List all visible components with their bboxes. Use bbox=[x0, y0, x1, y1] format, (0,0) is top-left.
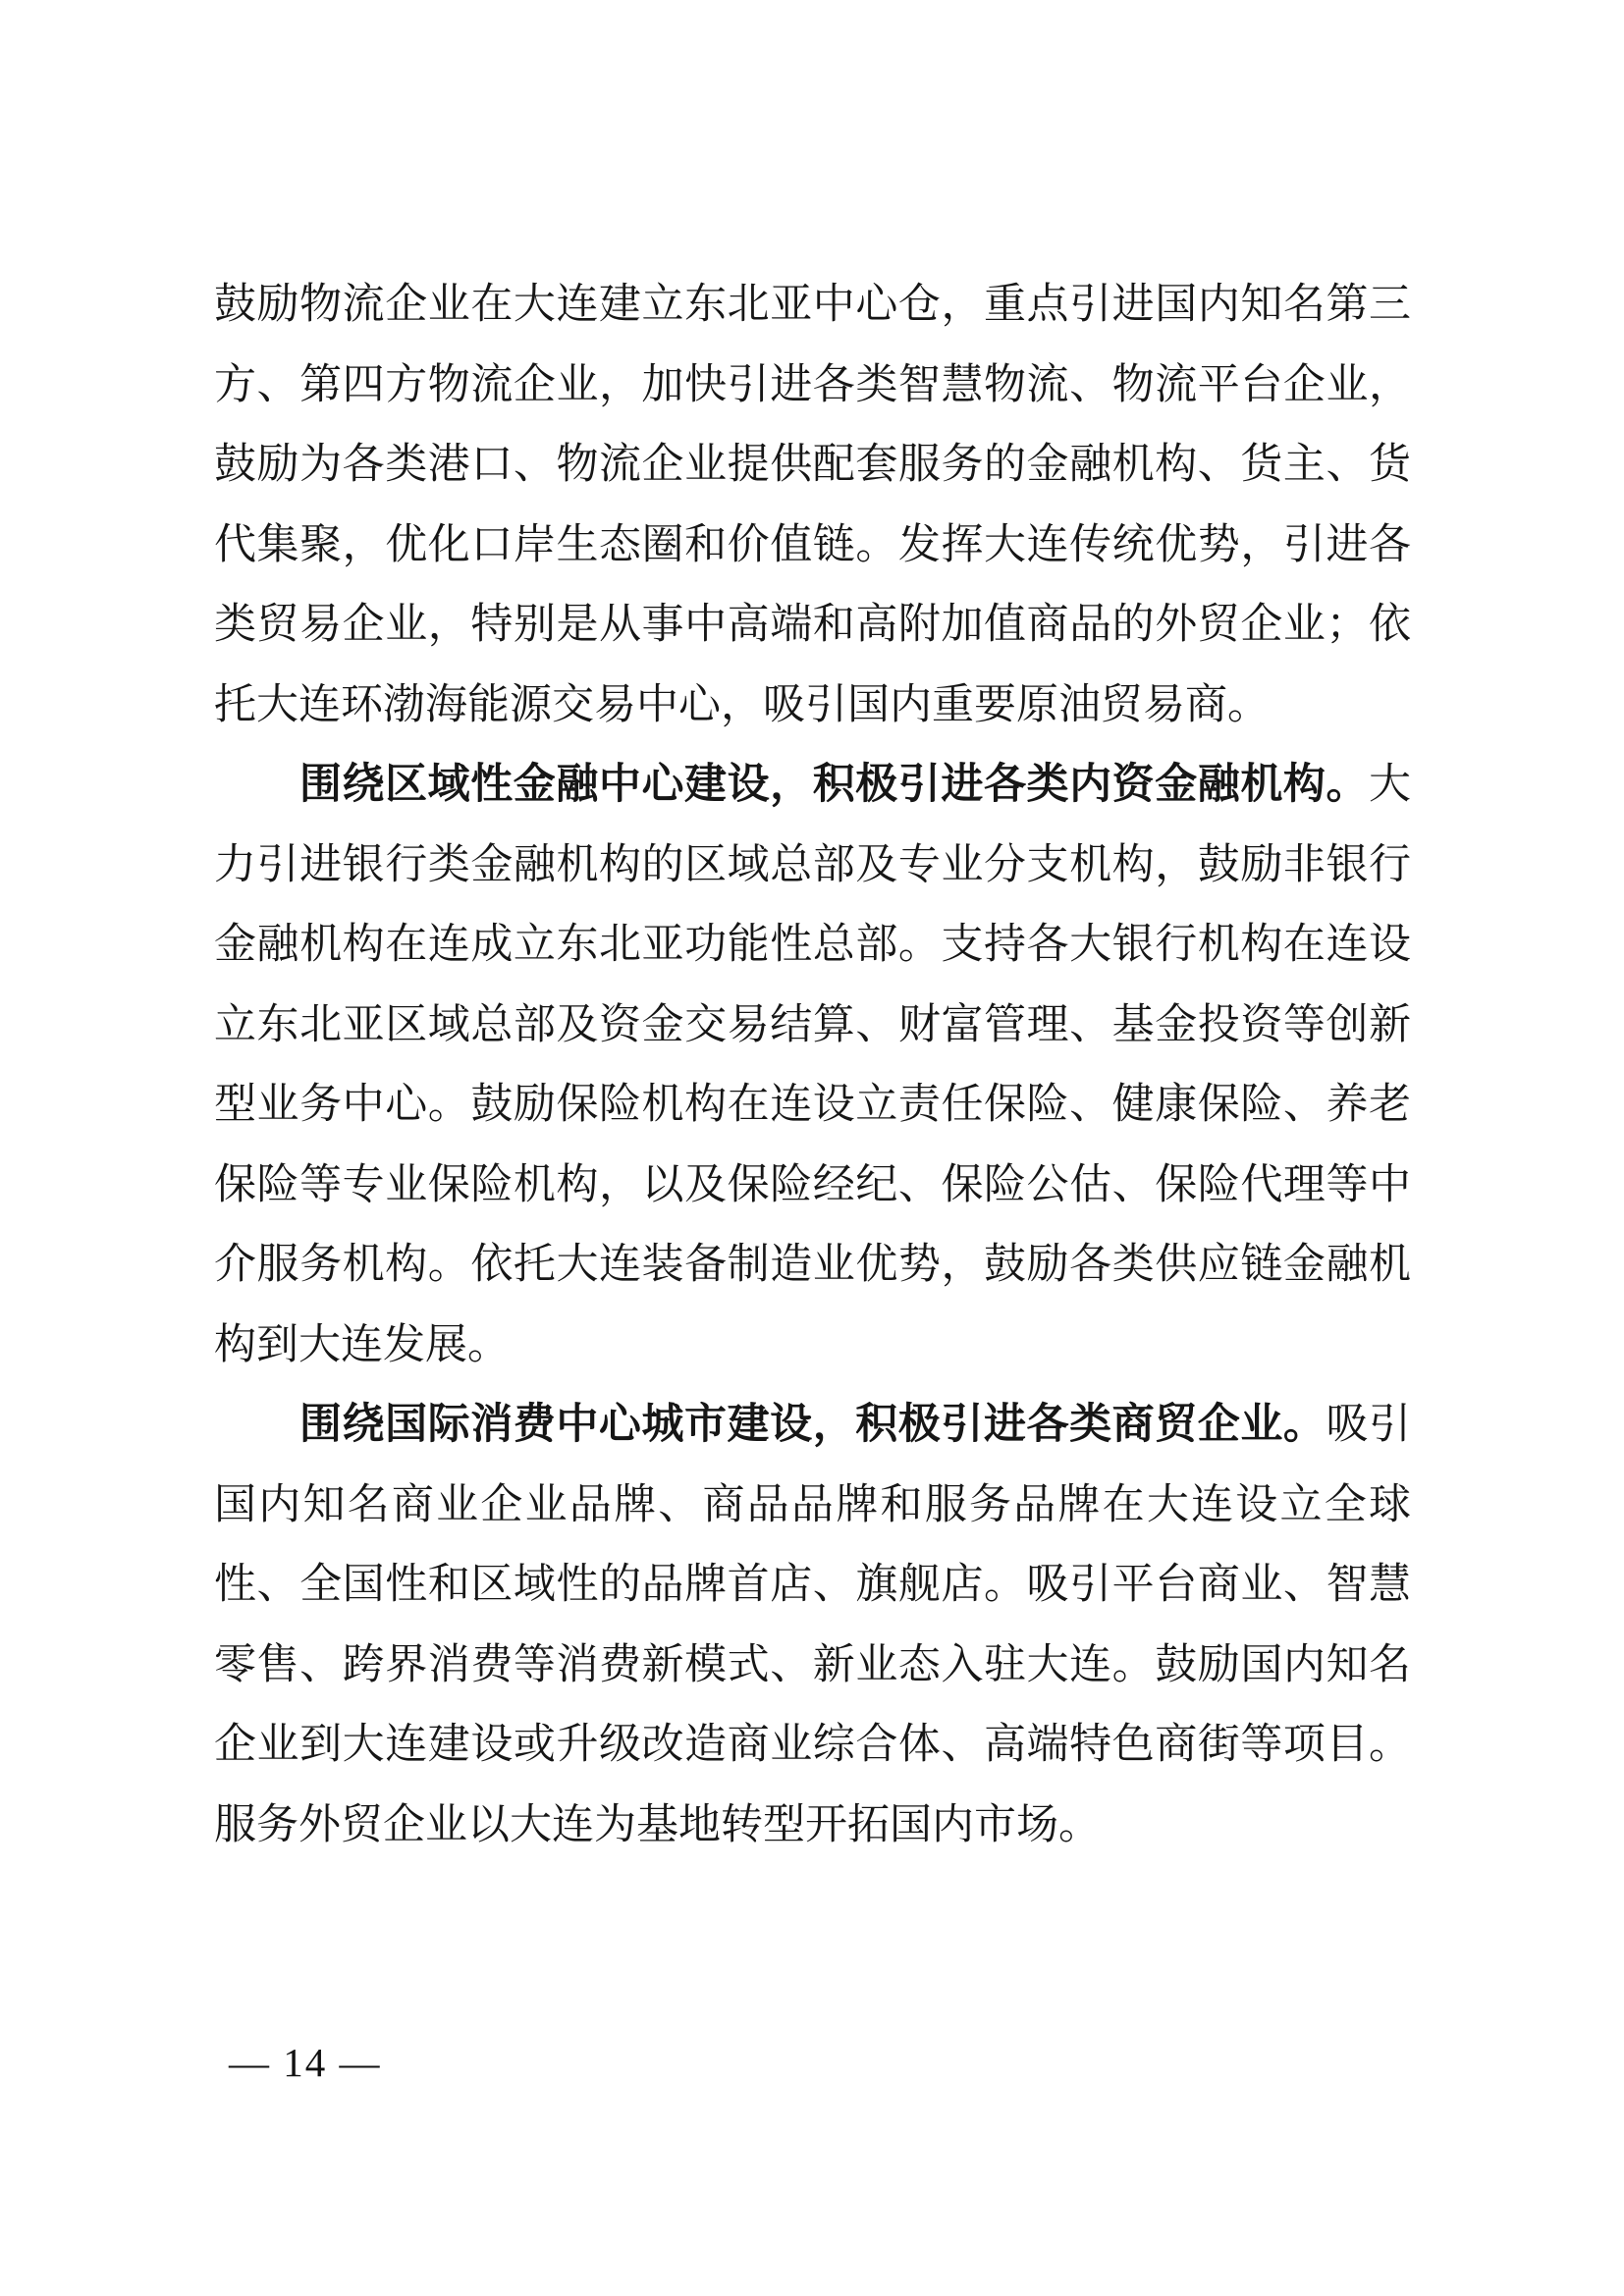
text-segment: 吸引 bbox=[1326, 1402, 1411, 1448]
text-line: 方、第四方物流企业，加快引进各类智慧物流、物流平台企业， bbox=[214, 346, 1411, 426]
text-segment: 零售、跨界消费等消费新模式、新业态入驻大连。鼓励国内知名 bbox=[214, 1642, 1411, 1688]
text-segment: 鼓励物流企业在大连建立东北亚中心仓，重点引进国内知名第三 bbox=[214, 282, 1411, 328]
text-line: 零售、跨界消费等消费新模式、新业态入驻大连。鼓励国内知名 bbox=[214, 1626, 1411, 1706]
text-segment: 介服务机构。依托大连装备制造业优势，鼓励各类供应链金融机 bbox=[214, 1242, 1411, 1288]
text-line: 服务外贸企业以大连为基地转型开拓国内市场。 bbox=[214, 1786, 1411, 1866]
text-segment: 性、全国性和区域性的品牌首店、旗舰店。吸引平台商业、智慧 bbox=[214, 1562, 1411, 1608]
text-line: 力引进银行类金融机构的区域总部及专业分支机构，鼓励非银行 bbox=[214, 826, 1411, 906]
text-line: 企业到大连建设或升级改造商业综合体、高端特色商街等项目。 bbox=[214, 1705, 1411, 1786]
text-line: 立东北亚区域总部及资金交易结算、财富管理、基金投资等创新 bbox=[214, 986, 1411, 1066]
paragraph: 围绕国际消费中心城市建设，积极引进各类商贸企业。吸引国内知名商业企业品牌、商品品… bbox=[214, 1385, 1411, 1865]
text-line: 金融机构在连成立东北亚功能性总部。支持各大银行机构在连设 bbox=[214, 905, 1411, 986]
text-segment: 国内知名商业企业品牌、商品品牌和服务品牌在大连设立全球 bbox=[214, 1482, 1411, 1528]
text-segment: 鼓励为各类港口、物流企业提供配套服务的金融机构、货主、货 bbox=[214, 442, 1411, 488]
text-line: 围绕区域性金融中心建设，积极引进各类内资金融机构。大 bbox=[214, 745, 1411, 826]
text-line: 型业务中心。鼓励保险机构在连设立责任保险、健康保险、养老 bbox=[214, 1065, 1411, 1146]
text-line: 性、全国性和区域性的品牌首店、旗舰店。吸引平台商业、智慧 bbox=[214, 1545, 1411, 1626]
document-page: 鼓励物流企业在大连建立东北亚中心仓，重点引进国内知名第三方、第四方物流企业，加快… bbox=[0, 0, 1624, 2296]
text-segment: 金融机构在连成立东北亚功能性总部。支持各大银行机构在连设 bbox=[214, 922, 1411, 968]
paragraph: 鼓励物流企业在大连建立东北亚中心仓，重点引进国内知名第三方、第四方物流企业，加快… bbox=[214, 265, 1411, 745]
document-body: 鼓励物流企业在大连建立东北亚中心仓，重点引进国内知名第三方、第四方物流企业，加快… bbox=[214, 265, 1411, 1865]
bold-text-segment: 围绕区域性金融中心建设，积极引进各类内资金融机构。 bbox=[299, 762, 1369, 808]
text-line: 鼓励为各类港口、物流企业提供配套服务的金融机构、货主、货 bbox=[214, 425, 1411, 506]
text-line: 国内知名商业企业品牌、商品品牌和服务品牌在大连设立全球 bbox=[214, 1466, 1411, 1546]
text-segment: 服务外贸企业以大连为基地转型开拓国内市场。 bbox=[214, 1802, 1101, 1848]
page-number: — 14 — bbox=[229, 2036, 382, 2089]
text-line: 代集聚，优化口岸生态圈和价值链。发挥大连传统优势，引进各 bbox=[214, 506, 1411, 586]
text-segment: 力引进银行类金融机构的区域总部及专业分支机构，鼓励非银行 bbox=[214, 842, 1411, 888]
text-segment: 方、第四方物流企业，加快引进各类智慧物流、物流平台企业， bbox=[214, 362, 1411, 408]
text-line: 托大连环渤海能源交易中心，吸引国内重要原油贸易商。 bbox=[214, 666, 1411, 746]
text-line: 围绕国际消费中心城市建设，积极引进各类商贸企业。吸引 bbox=[214, 1385, 1411, 1466]
text-segment: 类贸易企业，特别是从事中高端和高附加值商品的外贸企业；依 bbox=[214, 602, 1411, 648]
text-line: 构到大连发展。 bbox=[214, 1306, 1411, 1386]
text-segment: 代集聚，优化口岸生态圈和价值链。发挥大连传统优势，引进各 bbox=[214, 522, 1411, 568]
text-line: 介服务机构。依托大连装备制造业优势，鼓励各类供应链金融机 bbox=[214, 1225, 1411, 1306]
paragraph: 围绕区域性金融中心建设，积极引进各类内资金融机构。大力引进银行类金融机构的区域总… bbox=[214, 745, 1411, 1385]
text-segment: 立东北亚区域总部及资金交易结算、财富管理、基金投资等创新 bbox=[214, 1002, 1411, 1048]
text-segment: 型业务中心。鼓励保险机构在连设立责任保险、健康保险、养老 bbox=[214, 1082, 1411, 1128]
text-segment: 托大连环渤海能源交易中心，吸引国内重要原油贸易商。 bbox=[214, 682, 1270, 728]
text-line: 类贸易企业，特别是从事中高端和高附加值商品的外贸企业；依 bbox=[214, 585, 1411, 666]
text-line: 保险等专业保险机构，以及保险经纪、保险公估、保险代理等中 bbox=[214, 1146, 1411, 1226]
bold-text-segment: 围绕国际消费中心城市建设，积极引进各类商贸企业。 bbox=[299, 1402, 1326, 1448]
text-segment: 保险等专业保险机构，以及保险经纪、保险公估、保险代理等中 bbox=[214, 1162, 1411, 1208]
text-segment: 构到大连发展。 bbox=[214, 1322, 510, 1368]
text-segment: 企业到大连建设或升级改造商业综合体、高端特色商街等项目。 bbox=[214, 1722, 1411, 1768]
text-line: 鼓励物流企业在大连建立东北亚中心仓，重点引进国内知名第三 bbox=[214, 265, 1411, 346]
text-segment: 大 bbox=[1369, 762, 1411, 808]
